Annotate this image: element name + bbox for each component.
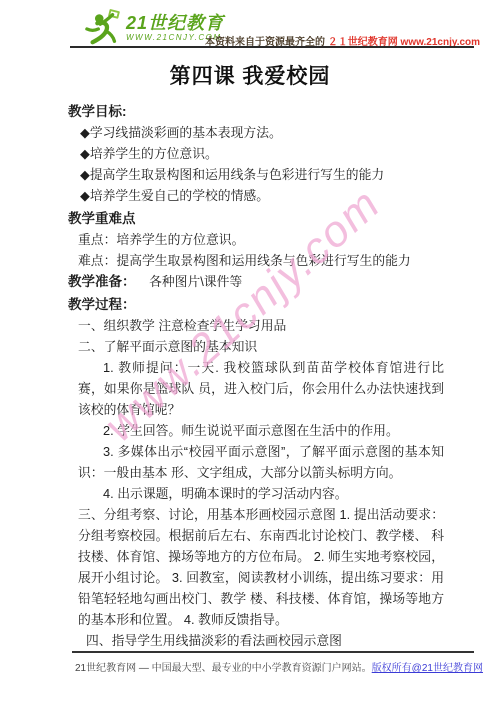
document-body: 教学目标: ◆学习线描淡彩画的基本表现方法。 ◆培养学生的方位意识。 ◆提高学生… (68, 99, 444, 651)
process-paragraph: 三、分组考察、讨论，用基本形画校园示意图 1. 提出活动要求：分组考察校园。根据… (78, 504, 444, 630)
preparation-line: 教学准备： 各种图片\课件等 (68, 271, 444, 292)
process-paragraph: 二、了解平面示意图的基本知识 (78, 336, 444, 357)
keypoint-line: 重点：培养学生的方位意识。 (78, 229, 444, 250)
objective-item: ◆提高学生取景构图和运用线条与色彩进行写生的能力 (80, 164, 444, 185)
difficulty-line: 难点：提高学生取景构图和运用线条与色彩进行写生的能力 (78, 250, 444, 271)
process-paragraph: 3. 多媒体出示“校园平面示意图”，了解平面示意图的基本知识：一般由基本 形、文… (78, 441, 444, 483)
process-paragraph: 四、指导学生用线描淡彩的看法画校园示意图 (78, 630, 444, 651)
process-paragraph: 2. 学生回答。师生说说平面示意图在生活中的作用。 (78, 420, 444, 441)
site-logo: 21世纪教育 www.21cnjy.com (84, 9, 224, 47)
runner-logo-icon (84, 9, 124, 47)
objective-item: ◆培养学生爱自己的学校的情感。 (80, 185, 444, 206)
copyright-link[interactable]: 版权所有@21世纪教育网 (372, 659, 483, 674)
document-page: 21世纪教育 www.21cnjy.com 本资料来自于资源最齐全的 ２１世纪教… (0, 0, 500, 707)
process-paragraph: 1. 教师提问：一天. 我校篮球队到苗苗学校体育馆进行比赛，如果你是篮球队 员，… (78, 357, 444, 420)
footer-text: 21世纪教育网 — 中国最大型、最专业的中小学教育资源门户网站。 (75, 659, 372, 674)
footer-divider (72, 651, 474, 653)
header-divider (70, 46, 474, 48)
footer: 21世纪教育网 — 中国最大型、最专业的中小学教育资源门户网站。 版权所有@21… (75, 659, 442, 674)
preparation-value: 各种图片\课件等 (139, 274, 242, 289)
section-heading-keypoints: 教学重难点 (68, 208, 444, 229)
objective-item: ◆培养学生的方位意识。 (80, 143, 444, 164)
process-paragraph: 一、组织教学 注意检查学生学习用品 (78, 315, 444, 336)
process-paragraph: 4. 出示课题，明确本课时的学习活动内容。 (78, 483, 444, 504)
document-title: 第四课 我爱校园 (0, 60, 500, 90)
preparation-label: 教学准备： (68, 274, 136, 289)
objective-item: ◆学习线描淡彩画的基本表现方法。 (80, 122, 444, 143)
logo-brand-text: 21世纪教育 (126, 14, 224, 32)
section-heading-objectives: 教学目标: (68, 101, 444, 122)
section-heading-process: 教学过程： (68, 294, 444, 315)
